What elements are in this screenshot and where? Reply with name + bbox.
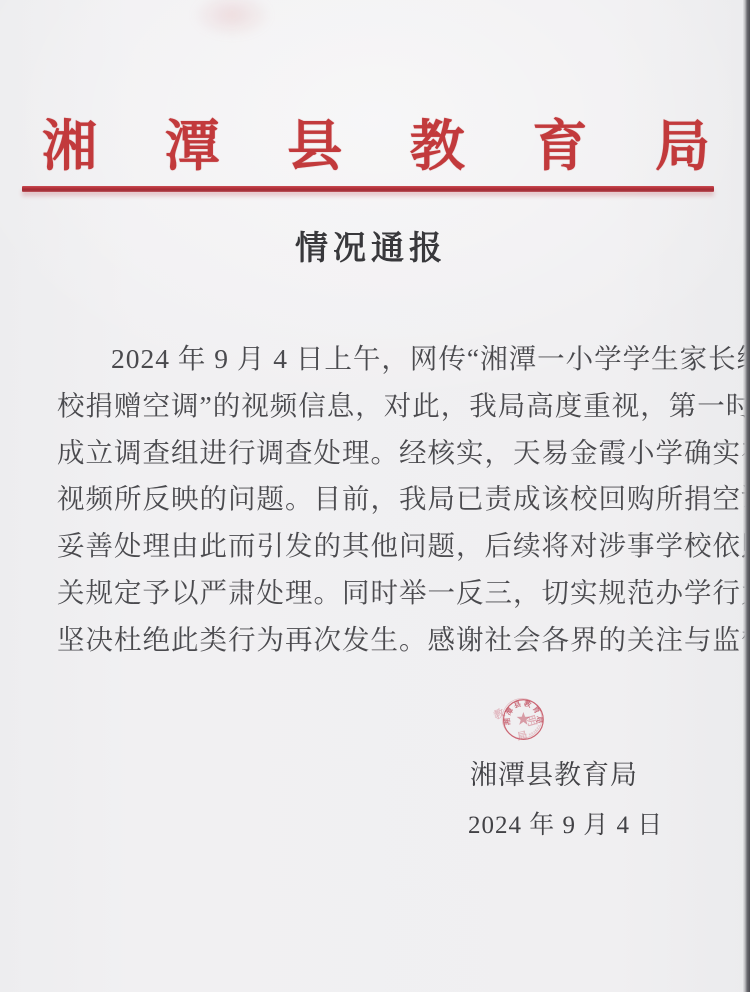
page-edge-shadow (743, 0, 750, 992)
body-line: 成立调查组进行调查处理。经核实，天易金霞小学确实存在 (57, 430, 715, 477)
org-name-char: 局 (655, 102, 710, 181)
document-header-org-name: 湘 潭 县 教 育 局 (42, 110, 710, 172)
org-name-char: 湘 (42, 102, 97, 181)
org-name-char: 县 (287, 102, 342, 181)
scan-smudge (192, 0, 272, 38)
header-divider-rule (22, 186, 714, 192)
body-line: 坚决杜绝此类行为再次发生。感谢社会各界的关注与监督！ (57, 617, 715, 664)
official-seal-stamp-icon: 湘潭县教育局 湘潭县教育局 教 明 局 (455, 695, 700, 910)
scanned-document-page: 湘 潭 县 教 育 局 情况通报 2024 年 9 月 4 日上午，网传“湘潭一… (0, 0, 750, 992)
body-line: 校捐赠空调”的视频信息，对此，我局高度重视，第一时间 (57, 383, 715, 430)
org-name-char: 教 (410, 102, 465, 181)
seal-ghost-glyph: 局 (516, 728, 528, 743)
body-line: 妥善处理由此而引发的其他问题，后续将对涉事学校依照相 (57, 523, 715, 570)
body-line: 视频所反映的问题。目前，我局已责成该校回购所捐空调并 (57, 476, 715, 523)
document-title: 情况通报 (0, 222, 742, 269)
org-name-char: 潭 (165, 102, 220, 181)
org-name-char: 育 (532, 102, 587, 181)
body-line: 2024 年 9 月 4 日上午，网传“湘潭一小学学生家长给学 (57, 336, 715, 383)
document-body: 2024 年 9 月 4 日上午，网传“湘潭一小学学生家长给学 校捐赠空调”的视… (57, 336, 715, 664)
body-line: 关规定予以严肃处理。同时举一反三，切实规范办学行为， (57, 570, 715, 617)
